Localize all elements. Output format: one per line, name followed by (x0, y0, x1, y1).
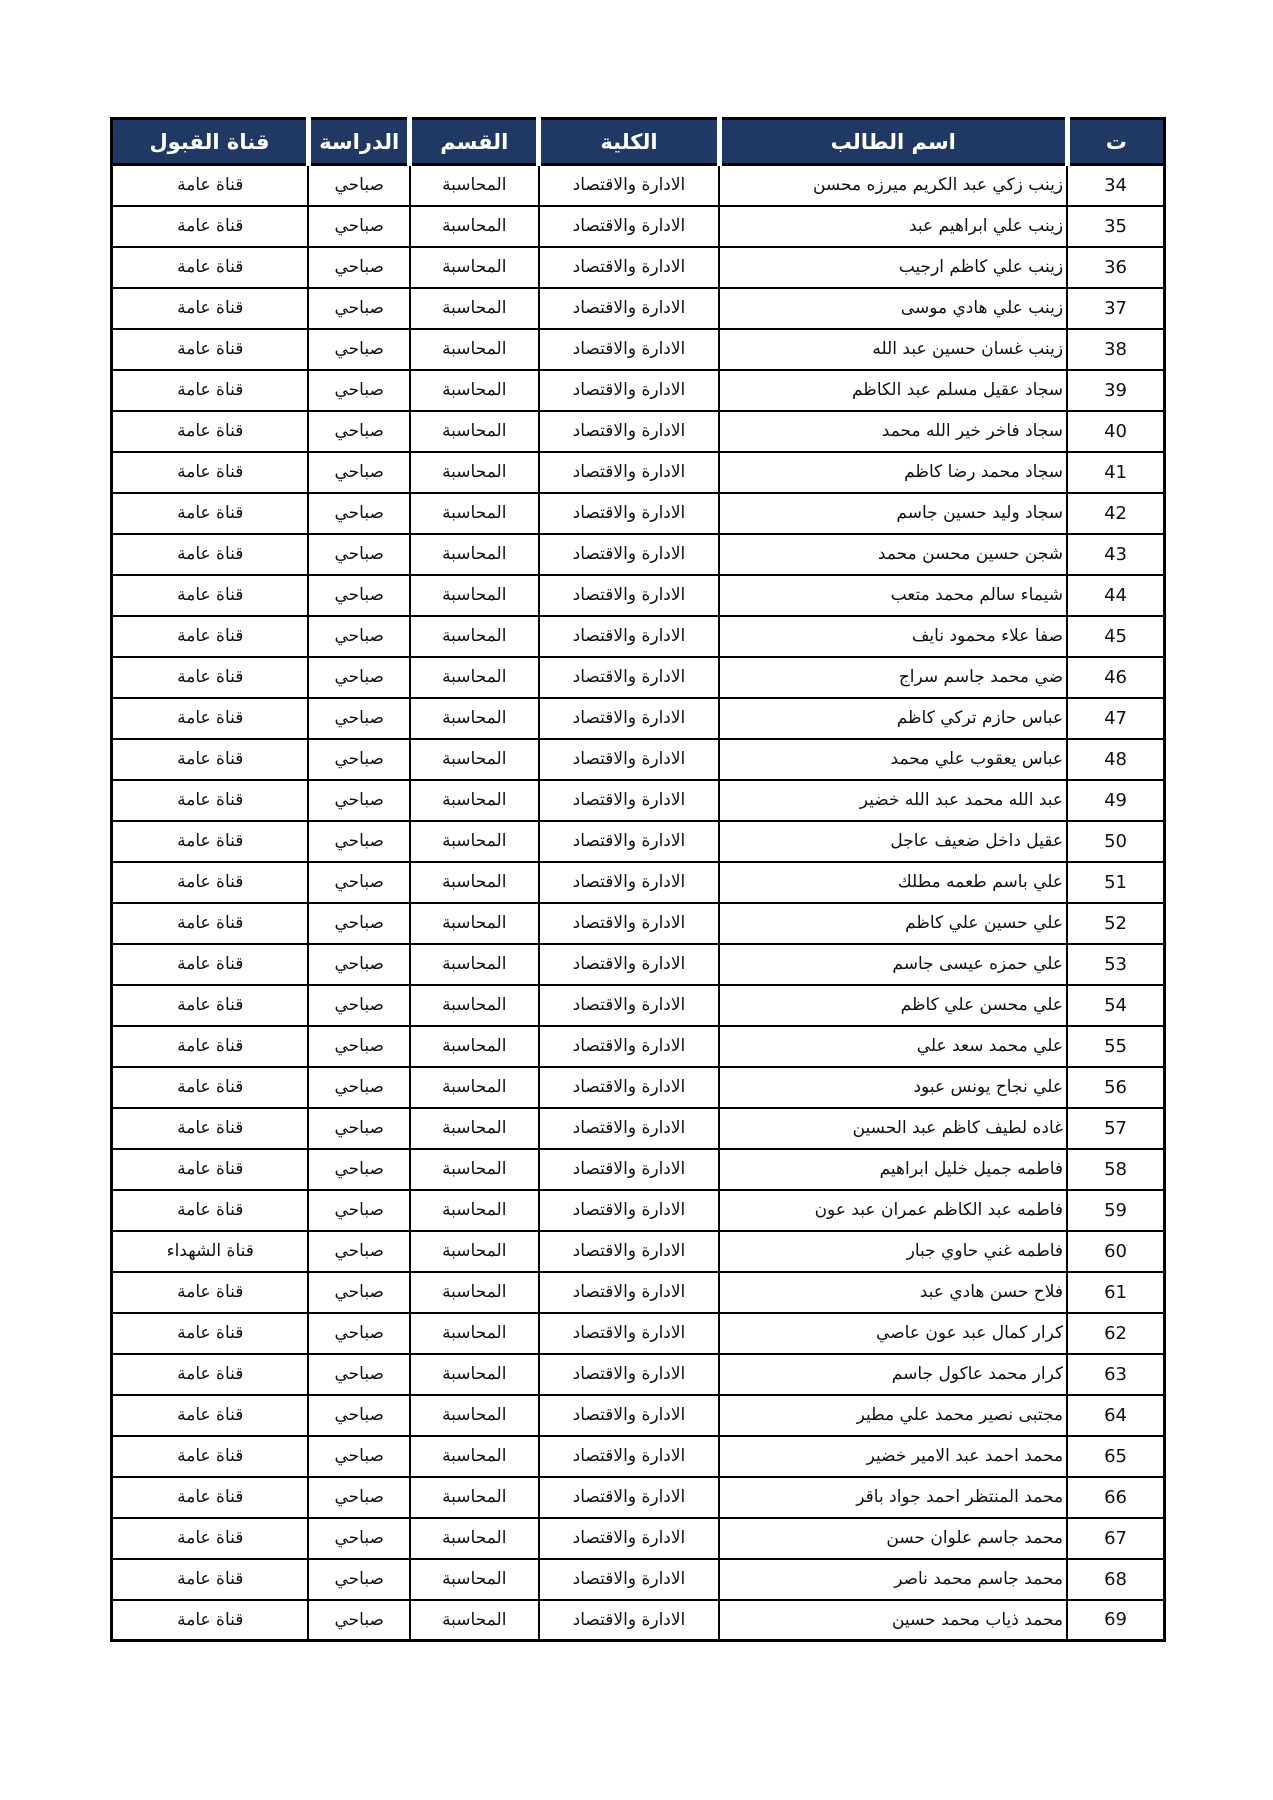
cell-student-name: علي باسم طعمه مطلك (719, 862, 1067, 903)
cell-department: المحاسبة (410, 1477, 539, 1518)
cell-study-type: صباحي (308, 1272, 409, 1313)
cell-admission-channel: قناة عامة (112, 698, 309, 739)
cell-serial: 43 (1067, 534, 1164, 575)
cell-college: الادارة والاقتصاد (539, 370, 720, 411)
cell-department: المحاسبة (410, 985, 539, 1026)
table-row: 53 علي حمزه عيسى جاسم الادارة والاقتصاد … (112, 944, 1165, 985)
table-row: 54 علي محسن علي كاظم الادارة والاقتصاد ا… (112, 985, 1165, 1026)
cell-serial: 68 (1067, 1559, 1164, 1600)
cell-department: المحاسبة (410, 452, 539, 493)
cell-student-name: مجتبى نصير محمد علي مطير (719, 1395, 1067, 1436)
cell-college: الادارة والاقتصاد (539, 1354, 720, 1395)
cell-study-type: صباحي (308, 698, 409, 739)
cell-study-type: صباحي (308, 329, 409, 370)
cell-serial: 63 (1067, 1354, 1164, 1395)
cell-college: الادارة والاقتصاد (539, 165, 720, 206)
cell-serial: 46 (1067, 657, 1164, 698)
cell-college: الادارة والاقتصاد (539, 411, 720, 452)
document-page: ت اسم الطالب الكلية القسم الدراسة قناة ا… (0, 0, 1273, 1800)
cell-department: المحاسبة (410, 1395, 539, 1436)
cell-department: المحاسبة (410, 1272, 539, 1313)
cell-admission-channel: قناة عامة (112, 780, 309, 821)
cell-department: المحاسبة (410, 575, 539, 616)
cell-serial: 44 (1067, 575, 1164, 616)
table-row: 49 عبد الله محمد عبد الله خضير الادارة و… (112, 780, 1165, 821)
header-admission-channel: قناة القبول (112, 119, 309, 165)
cell-student-name: محمد احمد عبد الامير خضير (719, 1436, 1067, 1477)
cell-study-type: صباحي (308, 1313, 409, 1354)
cell-department: المحاسبة (410, 1190, 539, 1231)
cell-serial: 52 (1067, 903, 1164, 944)
cell-serial: 62 (1067, 1313, 1164, 1354)
cell-serial: 42 (1067, 493, 1164, 534)
cell-student-name: كرار كمال عبد عون عاصي (719, 1313, 1067, 1354)
cell-study-type: صباحي (308, 1354, 409, 1395)
cell-college: الادارة والاقتصاد (539, 1272, 720, 1313)
cell-admission-channel: قناة عامة (112, 575, 309, 616)
cell-admission-channel: قناة عامة (112, 1518, 309, 1559)
cell-student-name: علي نجاح يونس عبود (719, 1067, 1067, 1108)
table-row: 37 زينب علي هادي موسى الادارة والاقتصاد … (112, 288, 1165, 329)
cell-college: الادارة والاقتصاد (539, 575, 720, 616)
cell-study-type: صباحي (308, 1395, 409, 1436)
cell-serial: 61 (1067, 1272, 1164, 1313)
cell-serial: 69 (1067, 1600, 1164, 1641)
cell-department: المحاسبة (410, 1149, 539, 1190)
table-row: 45 صفا علاء محمود نايف الادارة والاقتصاد… (112, 616, 1165, 657)
cell-college: الادارة والاقتصاد (539, 862, 720, 903)
cell-student-name: شيماء سالم محمد متعب (719, 575, 1067, 616)
table-row: 55 علي محمد سعد علي الادارة والاقتصاد ال… (112, 1026, 1165, 1067)
cell-study-type: صباحي (308, 411, 409, 452)
cell-admission-channel: قناة عامة (112, 411, 309, 452)
cell-student-name: سجاد عقيل مسلم عبد الكاظم (719, 370, 1067, 411)
cell-admission-channel: قناة عامة (112, 288, 309, 329)
cell-serial: 65 (1067, 1436, 1164, 1477)
cell-college: الادارة والاقتصاد (539, 739, 720, 780)
cell-admission-channel: قناة عامة (112, 370, 309, 411)
table-row: 39 سجاد عقيل مسلم عبد الكاظم الادارة وال… (112, 370, 1165, 411)
cell-admission-channel: قناة عامة (112, 1026, 309, 1067)
cell-college: الادارة والاقتصاد (539, 1518, 720, 1559)
cell-serial: 41 (1067, 452, 1164, 493)
cell-student-name: زينب زكي عبد الكريم ميرزه محسن (719, 165, 1067, 206)
cell-serial: 55 (1067, 1026, 1164, 1067)
table-row: 52 علي حسين علي كاظم الادارة والاقتصاد ا… (112, 903, 1165, 944)
cell-college: الادارة والاقتصاد (539, 616, 720, 657)
cell-student-name: محمد جاسم محمد ناصر (719, 1559, 1067, 1600)
cell-department: المحاسبة (410, 698, 539, 739)
cell-college: الادارة والاقتصاد (539, 1067, 720, 1108)
cell-department: المحاسبة (410, 493, 539, 534)
header-row: ت اسم الطالب الكلية القسم الدراسة قناة ا… (112, 119, 1165, 165)
cell-serial: 45 (1067, 616, 1164, 657)
cell-college: الادارة والاقتصاد (539, 1395, 720, 1436)
cell-department: المحاسبة (410, 1354, 539, 1395)
cell-admission-channel: قناة عامة (112, 985, 309, 1026)
cell-admission-channel: قناة عامة (112, 1600, 309, 1641)
cell-department: المحاسبة (410, 1313, 539, 1354)
table-row: 57 غاده لطيف كاظم عبد الحسين الادارة وال… (112, 1108, 1165, 1149)
table-row: 46 ضي محمد جاسم سراج الادارة والاقتصاد ا… (112, 657, 1165, 698)
cell-student-name: غاده لطيف كاظم عبد الحسين (719, 1108, 1067, 1149)
cell-college: الادارة والاقتصاد (539, 288, 720, 329)
cell-admission-channel: قناة عامة (112, 903, 309, 944)
cell-college: الادارة والاقتصاد (539, 1190, 720, 1231)
cell-study-type: صباحي (308, 452, 409, 493)
cell-admission-channel: قناة عامة (112, 1108, 309, 1149)
cell-admission-channel: قناة عامة (112, 739, 309, 780)
cell-college: الادارة والاقتصاد (539, 1436, 720, 1477)
cell-student-name: سجاد محمد رضا كاظم (719, 452, 1067, 493)
cell-college: الادارة والاقتصاد (539, 1108, 720, 1149)
cell-study-type: صباحي (308, 739, 409, 780)
student-admission-table: ت اسم الطالب الكلية القسم الدراسة قناة ا… (110, 117, 1166, 1642)
cell-student-name: زينب علي ابراهيم عبد (719, 206, 1067, 247)
cell-study-type: صباحي (308, 534, 409, 575)
cell-department: المحاسبة (410, 206, 539, 247)
cell-college: الادارة والاقتصاد (539, 329, 720, 370)
cell-department: المحاسبة (410, 821, 539, 862)
cell-student-name: فاطمه غني حاوي جبار (719, 1231, 1067, 1272)
cell-study-type: صباحي (308, 288, 409, 329)
cell-student-name: كرار محمد عاكول جاسم (719, 1354, 1067, 1395)
cell-department: المحاسبة (410, 1067, 539, 1108)
cell-college: الادارة والاقتصاد (539, 1231, 720, 1272)
cell-college: الادارة والاقتصاد (539, 821, 720, 862)
cell-study-type: صباحي (308, 1108, 409, 1149)
cell-admission-channel: قناة عامة (112, 862, 309, 903)
cell-student-name: شجن حسين محسن محمد (719, 534, 1067, 575)
cell-student-name: زينب علي كاظم ارجيب (719, 247, 1067, 288)
cell-study-type: صباحي (308, 780, 409, 821)
cell-department: المحاسبة (410, 903, 539, 944)
cell-college: الادارة والاقتصاد (539, 1559, 720, 1600)
cell-admission-channel: قناة عامة (112, 944, 309, 985)
cell-college: الادارة والاقتصاد (539, 1149, 720, 1190)
table-header: ت اسم الطالب الكلية القسم الدراسة قناة ا… (112, 119, 1165, 165)
cell-admission-channel: قناة عامة (112, 616, 309, 657)
cell-college: الادارة والاقتصاد (539, 493, 720, 534)
cell-study-type: صباحي (308, 1518, 409, 1559)
cell-admission-channel: قناة عامة (112, 1354, 309, 1395)
cell-college: الادارة والاقتصاد (539, 1600, 720, 1641)
table-row: 34 زينب زكي عبد الكريم ميرزه محسن الادار… (112, 165, 1165, 206)
cell-student-name: محمد جاسم علوان حسن (719, 1518, 1067, 1559)
table-row: 47 عباس حازم تركي كاظم الادارة والاقتصاد… (112, 698, 1165, 739)
cell-study-type: صباحي (308, 1436, 409, 1477)
cell-student-name: عباس يعقوب علي محمد (719, 739, 1067, 780)
cell-serial: 47 (1067, 698, 1164, 739)
table-row: 43 شجن حسين محسن محمد الادارة والاقتصاد … (112, 534, 1165, 575)
cell-department: المحاسبة (410, 1518, 539, 1559)
table-body: 34 زينب زكي عبد الكريم ميرزه محسن الادار… (112, 165, 1165, 1641)
cell-college: الادارة والاقتصاد (539, 452, 720, 493)
cell-student-name: ضي محمد جاسم سراج (719, 657, 1067, 698)
cell-admission-channel: قناة عامة (112, 1477, 309, 1518)
cell-department: المحاسبة (410, 657, 539, 698)
cell-student-name: زينب غسان حسين عبد الله (719, 329, 1067, 370)
cell-serial: 66 (1067, 1477, 1164, 1518)
cell-admission-channel: قناة عامة (112, 329, 309, 370)
cell-serial: 60 (1067, 1231, 1164, 1272)
cell-admission-channel: قناة الشهداء (112, 1231, 309, 1272)
cell-serial: 48 (1067, 739, 1164, 780)
cell-student-name: سجاد فاخر خير الله محمد (719, 411, 1067, 452)
cell-college: الادارة والاقتصاد (539, 1477, 720, 1518)
cell-college: الادارة والاقتصاد (539, 657, 720, 698)
cell-admission-channel: قناة عامة (112, 1067, 309, 1108)
cell-study-type: صباحي (308, 985, 409, 1026)
cell-study-type: صباحي (308, 616, 409, 657)
cell-student-name: فلاح حسن هادي عبد (719, 1272, 1067, 1313)
cell-student-name: علي حسين علي كاظم (719, 903, 1067, 944)
cell-serial: 51 (1067, 862, 1164, 903)
cell-department: المحاسبة (410, 944, 539, 985)
cell-study-type: صباحي (308, 1149, 409, 1190)
cell-student-name: صفا علاء محمود نايف (719, 616, 1067, 657)
cell-student-name: فاطمه جميل خليل ابراهيم (719, 1149, 1067, 1190)
cell-study-type: صباحي (308, 1600, 409, 1641)
cell-department: المحاسبة (410, 288, 539, 329)
table-row: 50 عقيل داخل ضعيف عاجل الادارة والاقتصاد… (112, 821, 1165, 862)
cell-student-name: علي محسن علي كاظم (719, 985, 1067, 1026)
cell-admission-channel: قناة عامة (112, 1272, 309, 1313)
cell-study-type: صباحي (308, 657, 409, 698)
cell-department: المحاسبة (410, 411, 539, 452)
cell-student-name: عبد الله محمد عبد الله خضير (719, 780, 1067, 821)
cell-admission-channel: قناة عامة (112, 534, 309, 575)
header-serial: ت (1067, 119, 1164, 165)
cell-college: الادارة والاقتصاد (539, 206, 720, 247)
cell-student-name: فاطمه عبد الكاظم عمران عبد عون (719, 1190, 1067, 1231)
cell-department: المحاسبة (410, 1436, 539, 1477)
cell-serial: 39 (1067, 370, 1164, 411)
cell-student-name: محمد المنتظر احمد جواد باقر (719, 1477, 1067, 1518)
table-row: 51 علي باسم طعمه مطلك الادارة والاقتصاد … (112, 862, 1165, 903)
cell-serial: 40 (1067, 411, 1164, 452)
cell-study-type: صباحي (308, 575, 409, 616)
cell-department: المحاسبة (410, 1559, 539, 1600)
cell-admission-channel: قناة عامة (112, 165, 309, 206)
cell-serial: 37 (1067, 288, 1164, 329)
table-row: 42 سجاد وليد حسين جاسم الادارة والاقتصاد… (112, 493, 1165, 534)
cell-admission-channel: قناة عامة (112, 1190, 309, 1231)
cell-study-type: صباحي (308, 1026, 409, 1067)
cell-student-name: زينب علي هادي موسى (719, 288, 1067, 329)
cell-department: المحاسبة (410, 165, 539, 206)
cell-admission-channel: قناة عامة (112, 1559, 309, 1600)
cell-department: المحاسبة (410, 616, 539, 657)
cell-college: الادارة والاقتصاد (539, 1026, 720, 1067)
header-student-name: اسم الطالب (719, 119, 1067, 165)
cell-admission-channel: قناة عامة (112, 1436, 309, 1477)
cell-department: المحاسبة (410, 739, 539, 780)
cell-department: المحاسبة (410, 534, 539, 575)
table-row: 56 علي نجاح يونس عبود الادارة والاقتصاد … (112, 1067, 1165, 1108)
cell-serial: 53 (1067, 944, 1164, 985)
table-row: 41 سجاد محمد رضا كاظم الادارة والاقتصاد … (112, 452, 1165, 493)
cell-study-type: صباحي (308, 1559, 409, 1600)
cell-study-type: صباحي (308, 1477, 409, 1518)
cell-study-type: صباحي (308, 1067, 409, 1108)
table-row: 66 محمد المنتظر احمد جواد باقر الادارة و… (112, 1477, 1165, 1518)
cell-student-name: سجاد وليد حسين جاسم (719, 493, 1067, 534)
table-row: 63 كرار محمد عاكول جاسم الادارة والاقتصا… (112, 1354, 1165, 1395)
cell-serial: 35 (1067, 206, 1164, 247)
cell-study-type: صباحي (308, 247, 409, 288)
cell-student-name: عباس حازم تركي كاظم (719, 698, 1067, 739)
table-row: 44 شيماء سالم محمد متعب الادارة والاقتصا… (112, 575, 1165, 616)
cell-study-type: صباحي (308, 370, 409, 411)
table-row: 48 عباس يعقوب علي محمد الادارة والاقتصاد… (112, 739, 1165, 780)
table-row: 65 محمد احمد عبد الامير خضير الادارة وال… (112, 1436, 1165, 1477)
cell-serial: 49 (1067, 780, 1164, 821)
cell-department: المحاسبة (410, 1600, 539, 1641)
cell-admission-channel: قناة عامة (112, 1149, 309, 1190)
table-row: 58 فاطمه جميل خليل ابراهيم الادارة والاق… (112, 1149, 1165, 1190)
table-row: 38 زينب غسان حسين عبد الله الادارة والاق… (112, 329, 1165, 370)
cell-serial: 58 (1067, 1149, 1164, 1190)
cell-department: المحاسبة (410, 329, 539, 370)
cell-student-name: محمد ذياب محمد حسين (719, 1600, 1067, 1641)
cell-student-name: علي حمزه عيسى جاسم (719, 944, 1067, 985)
cell-serial: 56 (1067, 1067, 1164, 1108)
cell-college: الادارة والاقتصاد (539, 903, 720, 944)
table-row: 68 محمد جاسم محمد ناصر الادارة والاقتصاد… (112, 1559, 1165, 1600)
cell-college: الادارة والاقتصاد (539, 944, 720, 985)
cell-study-type: صباحي (308, 862, 409, 903)
table-row: 40 سجاد فاخر خير الله محمد الادارة والاق… (112, 411, 1165, 452)
cell-study-type: صباحي (308, 821, 409, 862)
header-study-type: الدراسة (308, 119, 409, 165)
cell-admission-channel: قناة عامة (112, 247, 309, 288)
cell-student-name: علي محمد سعد علي (719, 1026, 1067, 1067)
table-row: 61 فلاح حسن هادي عبد الادارة والاقتصاد ا… (112, 1272, 1165, 1313)
cell-department: المحاسبة (410, 247, 539, 288)
cell-study-type: صباحي (308, 944, 409, 985)
table-row: 36 زينب علي كاظم ارجيب الادارة والاقتصاد… (112, 247, 1165, 288)
header-college: الكلية (539, 119, 720, 165)
table-row: 60 فاطمه غني حاوي جبار الادارة والاقتصاد… (112, 1231, 1165, 1272)
cell-study-type: صباحي (308, 165, 409, 206)
cell-admission-channel: قناة عامة (112, 821, 309, 862)
cell-department: المحاسبة (410, 780, 539, 821)
cell-serial: 57 (1067, 1108, 1164, 1149)
table-row: 35 زينب علي ابراهيم عبد الادارة والاقتصا… (112, 206, 1165, 247)
cell-department: المحاسبة (410, 1108, 539, 1149)
cell-college: الادارة والاقتصاد (539, 985, 720, 1026)
cell-serial: 50 (1067, 821, 1164, 862)
table-row: 62 كرار كمال عبد عون عاصي الادارة والاقت… (112, 1313, 1165, 1354)
cell-admission-channel: قناة عامة (112, 1395, 309, 1436)
cell-serial: 34 (1067, 165, 1164, 206)
cell-college: الادارة والاقتصاد (539, 534, 720, 575)
cell-admission-channel: قناة عامة (112, 493, 309, 534)
cell-serial: 36 (1067, 247, 1164, 288)
cell-study-type: صباحي (308, 493, 409, 534)
header-department: القسم (410, 119, 539, 165)
cell-department: المحاسبة (410, 370, 539, 411)
cell-admission-channel: قناة عامة (112, 657, 309, 698)
cell-department: المحاسبة (410, 862, 539, 903)
table-row: 69 محمد ذياب محمد حسين الادارة والاقتصاد… (112, 1600, 1165, 1641)
cell-college: الادارة والاقتصاد (539, 780, 720, 821)
cell-study-type: صباحي (308, 206, 409, 247)
cell-department: المحاسبة (410, 1231, 539, 1272)
cell-admission-channel: قناة عامة (112, 1313, 309, 1354)
table-row: 64 مجتبى نصير محمد علي مطير الادارة والا… (112, 1395, 1165, 1436)
cell-study-type: صباحي (308, 1190, 409, 1231)
table-row: 67 محمد جاسم علوان حسن الادارة والاقتصاد… (112, 1518, 1165, 1559)
cell-college: الادارة والاقتصاد (539, 698, 720, 739)
cell-serial: 64 (1067, 1395, 1164, 1436)
table-row: 59 فاطمه عبد الكاظم عمران عبد عون الادار… (112, 1190, 1165, 1231)
cell-student-name: عقيل داخل ضعيف عاجل (719, 821, 1067, 862)
cell-college: الادارة والاقتصاد (539, 1313, 720, 1354)
cell-admission-channel: قناة عامة (112, 206, 309, 247)
cell-serial: 67 (1067, 1518, 1164, 1559)
cell-department: المحاسبة (410, 1026, 539, 1067)
cell-admission-channel: قناة عامة (112, 452, 309, 493)
cell-study-type: صباحي (308, 903, 409, 944)
cell-serial: 59 (1067, 1190, 1164, 1231)
cell-college: الادارة والاقتصاد (539, 247, 720, 288)
cell-study-type: صباحي (308, 1231, 409, 1272)
cell-serial: 38 (1067, 329, 1164, 370)
cell-serial: 54 (1067, 985, 1164, 1026)
